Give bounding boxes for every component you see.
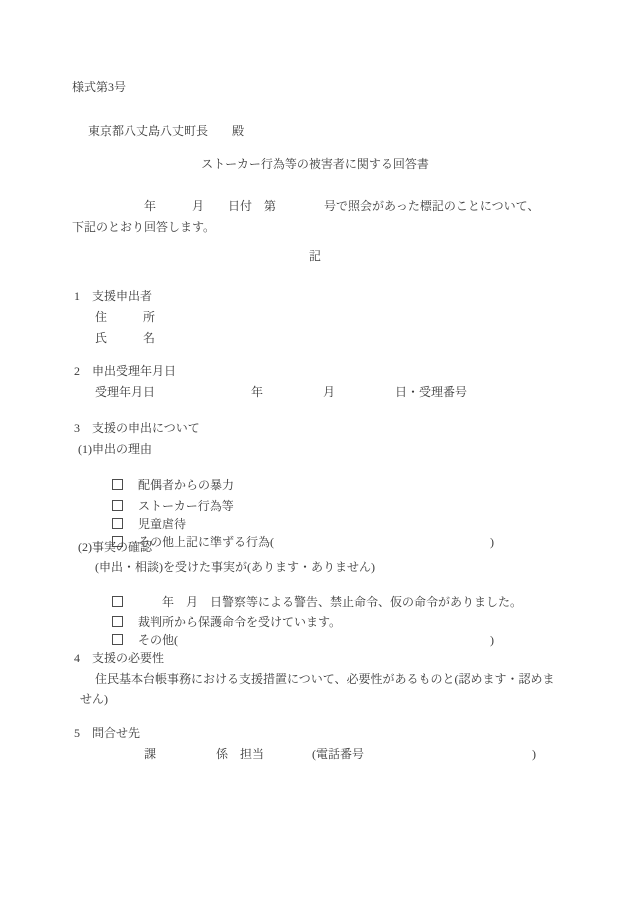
acceptance-date-line: 受理年月日 年 月 日・受理番号: [95, 384, 467, 400]
checkbox-other-facts[interactable]: [112, 634, 123, 645]
fact-check-statement: (申出・相談)を受けた事実が(あります・ありません): [95, 559, 375, 575]
address-label: 住 所: [95, 309, 155, 325]
section2-heading: 2 申出受理年月日: [74, 363, 176, 379]
intro-line-2: 下記のとおり回答します。: [72, 219, 215, 235]
necessity-body-line-2: せん): [80, 691, 108, 707]
name-label: 氏 名: [95, 330, 155, 346]
intro-line-1: 年 月 日付 第 号で照会があった標記のことについて、: [72, 198, 539, 214]
checkbox-label: その他( ): [138, 633, 494, 647]
section4-heading: 4 支援の必要性: [74, 650, 164, 666]
fact-check-subheading: (2)事実の確認: [78, 539, 152, 555]
necessity-body-line-1: 住民基本台帳事務における支援措置について、必要性があるものと(認めます・認めま: [95, 671, 555, 687]
checkbox-label: その他上記に準ずる行為( ): [138, 535, 494, 549]
record-marker: 記: [0, 248, 630, 264]
addressee: 東京都八丈島八丈町長 殿: [88, 123, 244, 139]
section3-heading: 3 支援の申出について: [74, 420, 200, 436]
reason-subheading: (1)申出の理由: [78, 441, 152, 457]
form-number: 様式第3号: [72, 79, 126, 95]
contact-detail-line: 課 係 担当 (電話番号 ): [72, 746, 536, 762]
section5-heading: 5 問合せ先: [74, 725, 140, 741]
section1-heading: 1 支援申出者: [74, 288, 152, 304]
document-page: 様式第3号 東京都八丈島八丈町長 殿 ストーカー行為等の被害者に関する回答書 年…: [0, 0, 630, 915]
document-title: ストーカー行為等の被害者に関する回答書: [0, 156, 630, 172]
